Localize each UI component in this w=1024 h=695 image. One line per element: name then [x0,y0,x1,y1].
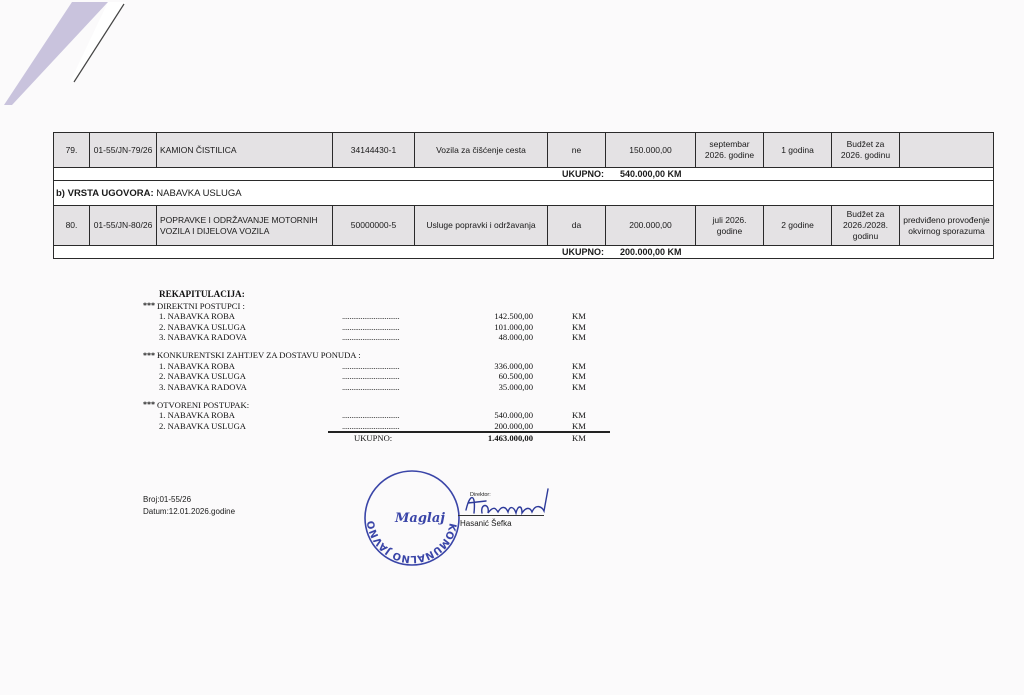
table-total-row: UKUPNO: 540.000,00 KM [54,168,993,180]
line-name: 3. NABAVKA RADOVA [159,382,247,392]
total-label: UKUPNO: [562,169,604,179]
table-row: 79. 01-55/JN-79/26 KAMION ČISTILICA 3414… [54,133,993,168]
document-reference: Broj:01-55/26 Datum:12.01.2026.godine [143,494,235,518]
cell-duration: 2 godine [764,206,832,245]
line-currency: KM [572,322,586,332]
spacer [143,343,613,350]
line-currency: KM [572,382,586,392]
cell-cpv: 50000000-5 [333,206,415,245]
recap-line: 1. NABAVKA ROBA.........................… [143,361,613,372]
total-label: UKUPNO: [562,247,604,257]
cell-start: juli 2026. godine [696,206,764,245]
leader-dots: ............................... [342,371,399,381]
cell-note: predviđeno provođenje okvirnog sporazuma [900,206,993,245]
recap-line: 3. NABAVKA RADOVA.......................… [143,332,613,343]
leader-dots: ............................... [342,332,399,342]
recap-group-heading: ***DIREKTNI POSTUPCI : [143,300,613,311]
recap-total: UKUPNO:1.463.000,00KM [143,433,613,444]
bullet-stars: *** [143,301,157,310]
paper-fold-shadow [0,0,140,120]
cell-budget: Budžet za 2026. godinu [832,133,900,167]
line-currency: KM [572,421,586,431]
stamp-center-text: Maglaj [394,511,445,526]
procurement-table-goods: 79. 01-55/JN-79/26 KAMION ČISTILICA 3414… [53,132,994,181]
bullet-stars: *** [143,400,157,409]
cell-subject: KAMION ČISTILICA [157,133,333,167]
cell-number: 80. [54,206,90,245]
bullet-stars: *** [143,351,157,360]
procurement-table-services: b) VRSTA UGOVORA: NABAVKA USLUGA 80. 01-… [53,180,994,259]
line-amount: 540.000,00 [494,410,533,420]
cell-eu-funded: da [548,206,606,245]
director-name: Hasanić Šefka [460,519,512,528]
director-label: Direktor: [470,492,491,498]
cell-duration: 1 godina [764,133,832,167]
leader-dots: ............................... [342,421,399,431]
line-amount: 48.000,00 [499,332,533,342]
line-amount: 336.000,00 [494,361,533,371]
cell-reference: 01-55/JN-80/26 [90,206,157,245]
line-amount: 142.500,00 [494,311,533,321]
line-amount: 200.000,00 [494,421,533,431]
table-total-row: UKUPNO: 200.000,00 KM [54,246,993,258]
line-amount: 60.500,00 [499,371,533,381]
line-currency: KM [572,410,586,420]
section-name: NABAVKA USLUGA [156,188,241,199]
line-amount: 101.000,00 [494,322,533,332]
section-prefix: b) VRSTA UGOVORA: [56,188,154,199]
line-currency: KM [572,371,586,381]
leader-dots: ............................... [342,322,399,332]
recap-line: 2. NABAVKA USLUGA.......................… [143,371,613,382]
cell-reference: 01-55/JN-79/26 [90,133,157,167]
signature-line [458,515,544,516]
cell-value: 150.000,00 [606,133,696,167]
recap-group-heading: ***OTVORENI POSTUPAK: [143,399,613,410]
recap-line: 2. NABAVKA USLUGA.......................… [143,421,613,432]
line-name: 2. NABAVKA USLUGA [159,322,246,332]
cell-description: Usluge popravki i održavanja [415,206,548,245]
recap-line: 2. NABAVKA USLUGA.......................… [143,322,613,333]
recap-title: REKAPITULACIJA: [143,289,613,300]
line-amount: 35.000,00 [499,382,533,392]
line-currency: KM [572,361,586,371]
recap-line: 3. NABAVKA RADOVA.......................… [143,382,613,393]
cell-eu-funded: ne [548,133,606,167]
total-label: UKUPNO: [354,433,392,443]
group-heading-text: OTVORENI POSTUPAK: [157,400,249,410]
cell-note [900,133,993,167]
line-name: 2. NABAVKA USLUGA [159,421,246,431]
company-stamp: KOMUNALNO JAVNO DRUŠTVO DOO Maglaj [362,468,462,568]
cell-subject: POPRAVKE I ODRŽAVANJE MOTORNIH VOZILA I … [157,206,333,245]
group-heading-text: DIREKTNI POSTUPCI : [157,301,245,311]
leader-dots: ............................... [342,361,399,371]
line-name: 2. NABAVKA USLUGA [159,371,246,381]
cell-value: 200.000,00 [606,206,696,245]
document-date: Datum:12.01.2026.godine [143,506,235,518]
section-heading: b) VRSTA UGOVORA: NABAVKA USLUGA [54,181,993,206]
line-name: 1. NABAVKA ROBA [159,311,235,321]
line-currency: KM [572,311,586,321]
recap-group-heading: ***KONKURENTSKI ZAHTJEV ZA DOSTAVU PONUD… [143,350,613,361]
leader-dots: ............................... [342,410,399,420]
table-row: 80. 01-55/JN-80/26 POPRAVKE I ODRŽAVANJE… [54,206,993,246]
recap-line: 1. NABAVKA ROBA.........................… [143,311,613,322]
leader-dots: ............................... [342,382,399,392]
line-name: 1. NABAVKA ROBA [159,410,235,420]
line-name: 1. NABAVKA ROBA [159,361,235,371]
document-number: Broj:01-55/26 [143,494,235,506]
cell-cpv: 34144430-1 [333,133,415,167]
cell-start: septembar 2026. godine [696,133,764,167]
total-value: 540.000,00 KM [620,169,682,179]
cell-number: 79. [54,133,90,167]
group-heading-text: KONKURENTSKI ZAHTJEV ZA DOSTAVU PONUDA : [157,350,361,360]
total-amount: 1.463.000,00 [488,433,533,443]
line-currency: KM [572,332,586,342]
line-name: 3. NABAVKA RADOVA [159,332,247,342]
recap-line: 1. NABAVKA ROBA.........................… [143,410,613,421]
cell-budget: Budžet za 2026./2028. godinu [832,206,900,245]
leader-dots: ............................... [342,311,399,321]
total-value: 200.000,00 KM [620,247,682,257]
recapitulation: REKAPITULACIJA: ***DIREKTNI POSTUPCI :1.… [143,289,613,444]
total-currency: KM [572,433,586,443]
spacer [143,392,613,399]
cell-description: Vozila za čišćenje cesta [415,133,548,167]
